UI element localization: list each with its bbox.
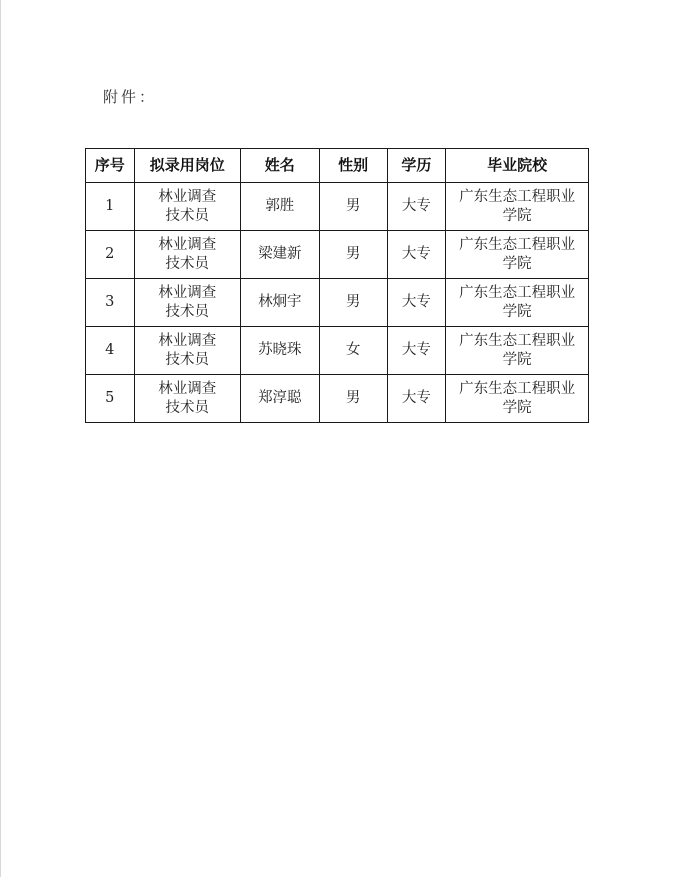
cell-school: 广东生态工程职业 学院 [446, 183, 589, 231]
post-line-1: 林业调查 [135, 236, 240, 255]
cell-gender: 男 [319, 279, 387, 327]
cell-post: 林业调查 技术员 [134, 183, 240, 231]
post-line-1: 林业调查 [135, 380, 240, 399]
school-line-1: 广东生态工程职业 [446, 188, 588, 207]
cell-post: 林业调查 技术员 [134, 327, 240, 375]
cell-no: 5 [86, 375, 135, 423]
cell-education: 大专 [387, 183, 446, 231]
post-line-2: 技术员 [135, 399, 240, 418]
cell-school: 广东生态工程职业 学院 [446, 375, 589, 423]
cell-name: 郑淳聪 [240, 375, 319, 423]
school-line-2: 学院 [446, 207, 588, 226]
table-row: 2 林业调查 技术员 梁建新 男 大专 广东生态工程职业 学院 [86, 231, 589, 279]
school-line-1: 广东生态工程职业 [446, 380, 588, 399]
school-line-2: 学院 [446, 351, 588, 370]
cell-name: 苏晓珠 [240, 327, 319, 375]
header-name: 姓名 [240, 149, 319, 183]
school-line-2: 学院 [446, 399, 588, 418]
table-row: 4 林业调查 技术员 苏晓珠 女 大专 广东生态工程职业 学院 [86, 327, 589, 375]
school-line-2: 学院 [446, 303, 588, 322]
school-line-2: 学院 [446, 255, 588, 274]
cell-school: 广东生态工程职业 学院 [446, 327, 589, 375]
attachment-label: 附件： [103, 87, 157, 107]
school-line-1: 广东生态工程职业 [446, 284, 588, 303]
cell-school: 广东生态工程职业 学院 [446, 279, 589, 327]
page-edge [0, 0, 1, 877]
cell-post: 林业调查 技术员 [134, 375, 240, 423]
header-post: 拟录用岗位 [134, 149, 240, 183]
school-line-1: 广东生态工程职业 [446, 332, 588, 351]
cell-name: 梁建新 [240, 231, 319, 279]
header-gender: 性别 [319, 149, 387, 183]
cell-school: 广东生态工程职业 学院 [446, 231, 589, 279]
post-line-1: 林业调查 [135, 332, 240, 351]
cell-gender: 男 [319, 183, 387, 231]
cell-post: 林业调查 技术员 [134, 231, 240, 279]
hiring-roster-table: 序号 拟录用岗位 姓名 性别 学历 毕业院校 1 林业调查 技术员 郭胜 男 大… [85, 148, 589, 423]
header-no: 序号 [86, 149, 135, 183]
post-line-2: 技术员 [135, 207, 240, 226]
cell-education: 大专 [387, 279, 446, 327]
table-row: 3 林业调查 技术员 林炯宇 男 大专 广东生态工程职业 学院 [86, 279, 589, 327]
table-row: 1 林业调查 技术员 郭胜 男 大专 广东生态工程职业 学院 [86, 183, 589, 231]
cell-name: 林炯宇 [240, 279, 319, 327]
cell-gender: 男 [319, 231, 387, 279]
header-education: 学历 [387, 149, 446, 183]
cell-post: 林业调查 技术员 [134, 279, 240, 327]
cell-no: 4 [86, 327, 135, 375]
post-line-1: 林业调查 [135, 188, 240, 207]
cell-no: 2 [86, 231, 135, 279]
post-line-2: 技术员 [135, 303, 240, 322]
cell-gender: 男 [319, 375, 387, 423]
table-header-row: 序号 拟录用岗位 姓名 性别 学历 毕业院校 [86, 149, 589, 183]
cell-education: 大专 [387, 231, 446, 279]
school-line-1: 广东生态工程职业 [446, 236, 588, 255]
post-line-2: 技术员 [135, 255, 240, 274]
cell-education: 大专 [387, 327, 446, 375]
cell-education: 大专 [387, 375, 446, 423]
cell-gender: 女 [319, 327, 387, 375]
table-row: 5 林业调查 技术员 郑淳聪 男 大专 广东生态工程职业 学院 [86, 375, 589, 423]
cell-no: 3 [86, 279, 135, 327]
cell-no: 1 [86, 183, 135, 231]
header-school: 毕业院校 [446, 149, 589, 183]
post-line-1: 林业调查 [135, 284, 240, 303]
post-line-2: 技术员 [135, 351, 240, 370]
cell-name: 郭胜 [240, 183, 319, 231]
